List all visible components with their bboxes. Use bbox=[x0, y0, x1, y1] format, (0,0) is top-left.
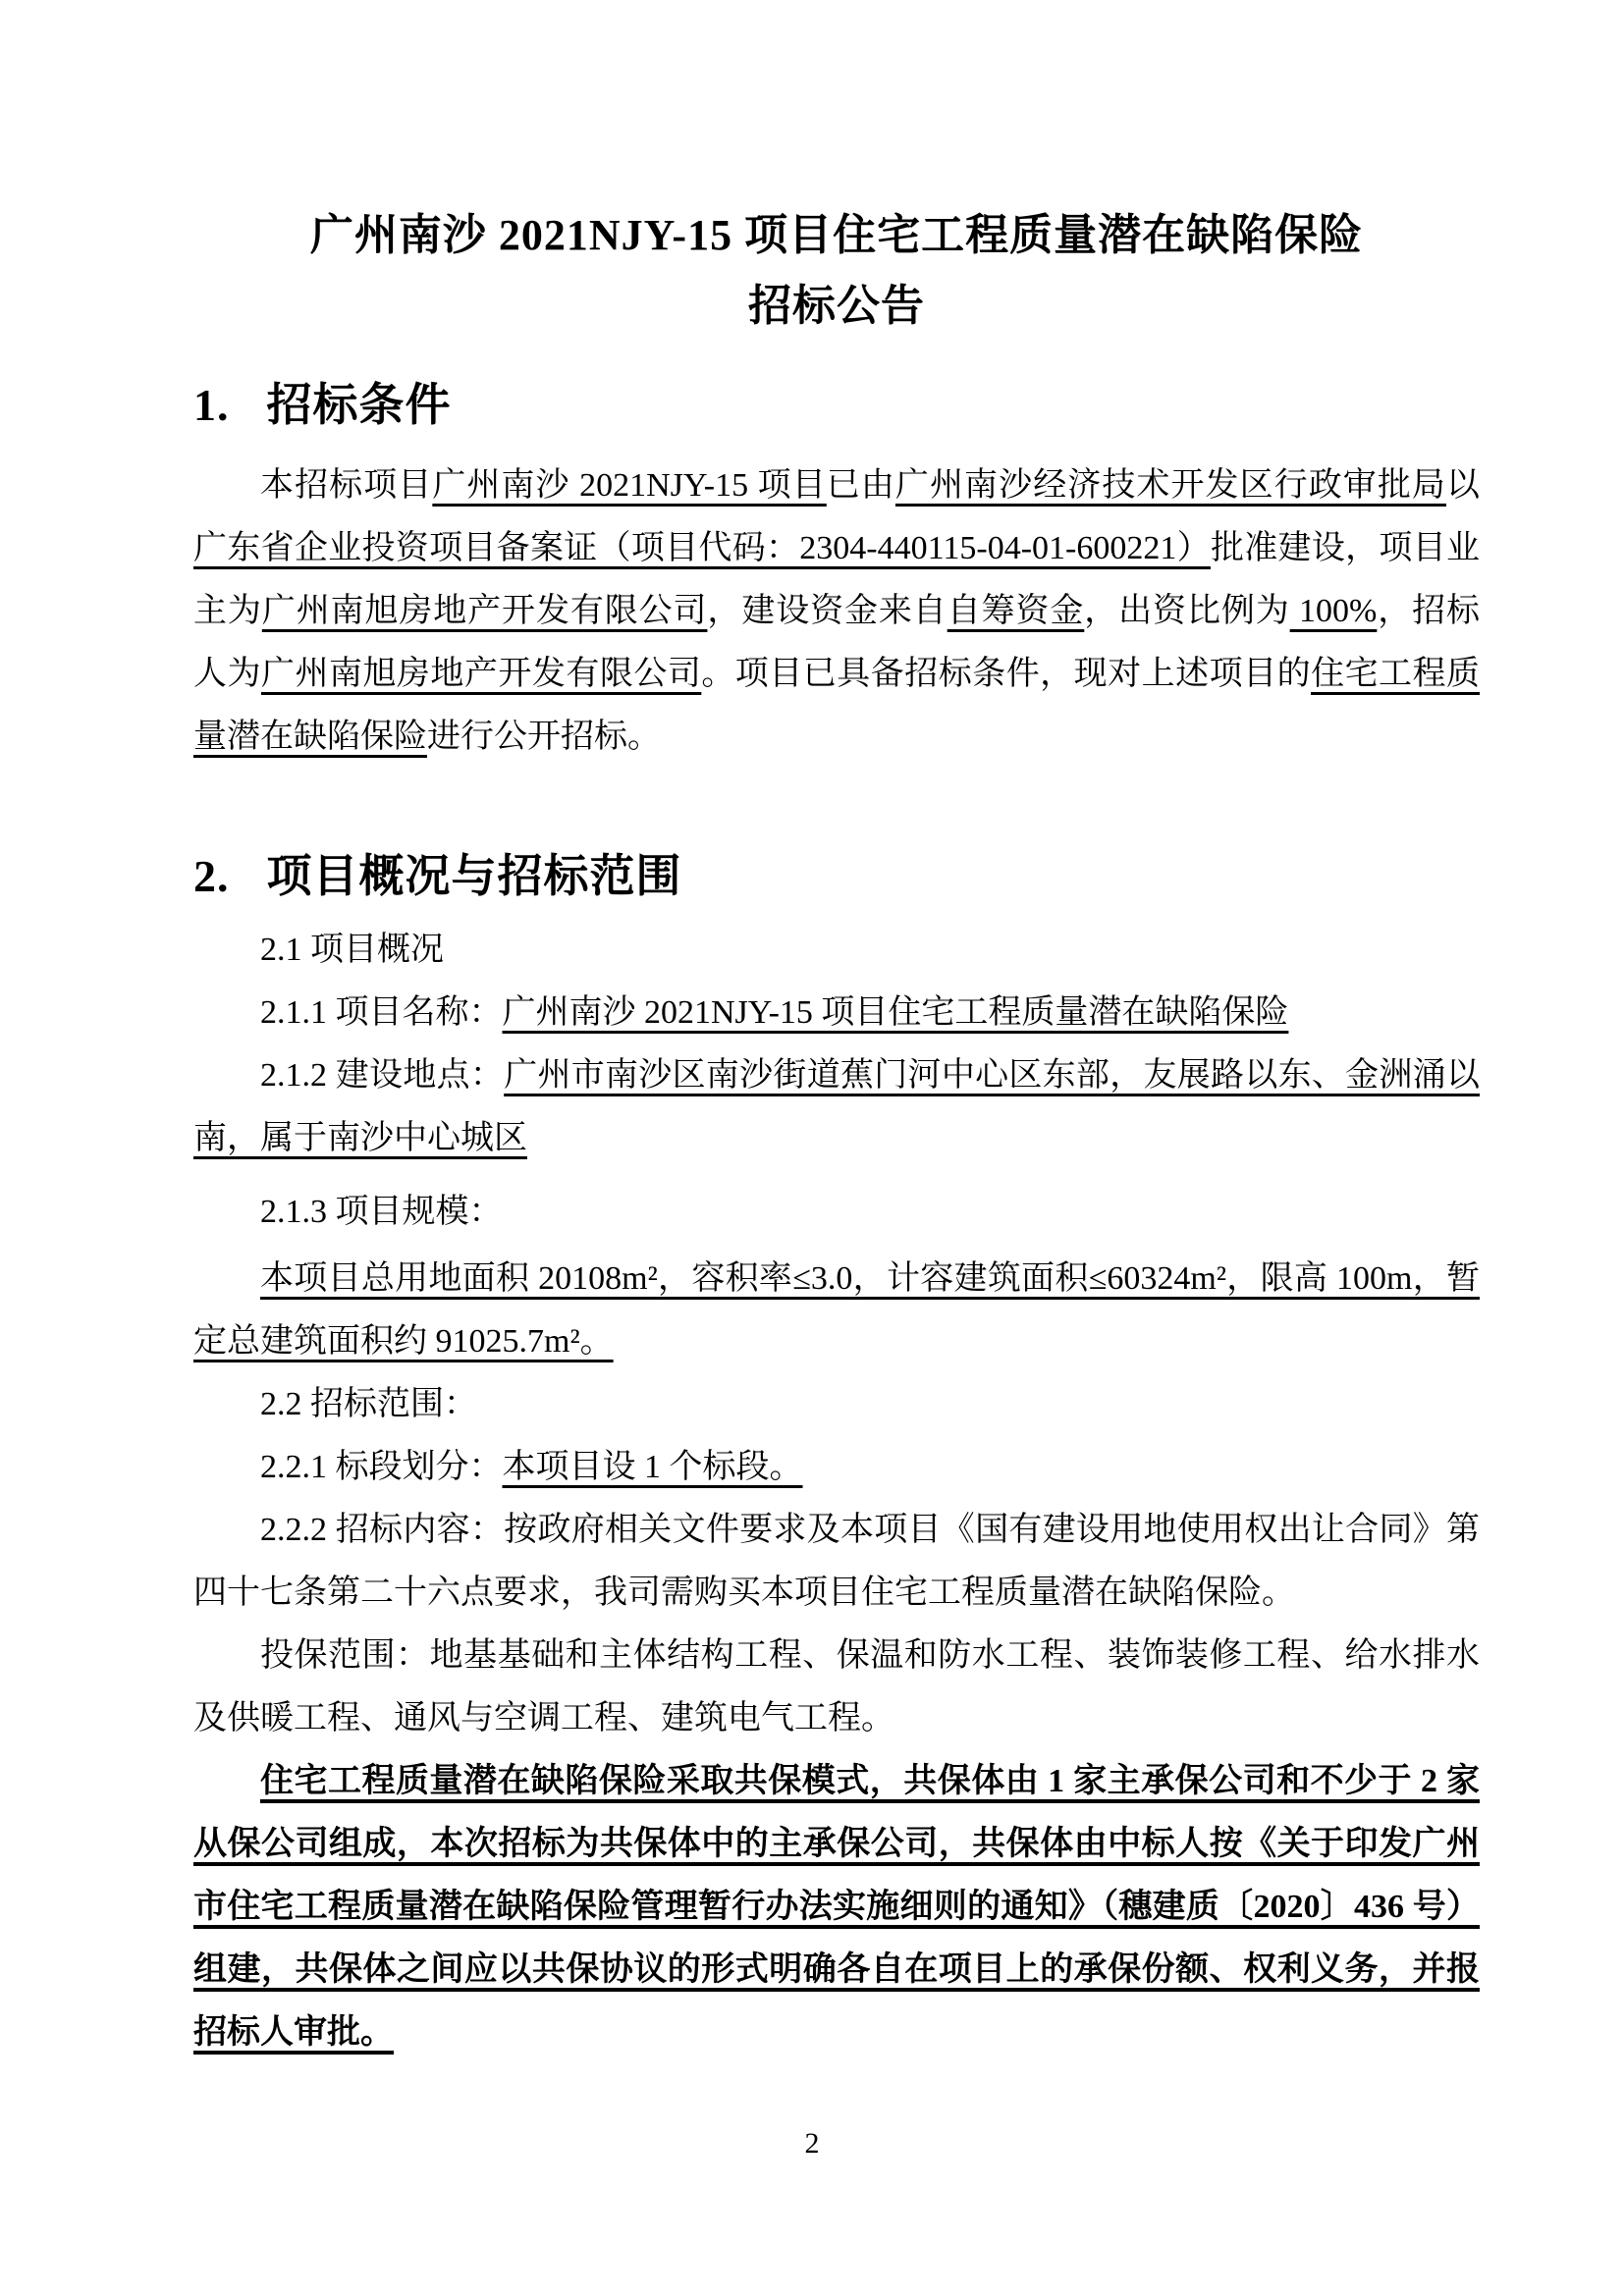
paragraph-tender-content: 2.2.2 招标内容：按政府相关文件要求及本项目《国有建设用地使用权出让合同》第… bbox=[193, 1499, 1480, 1625]
location-label: 2.1.2 建设地点： bbox=[260, 1057, 504, 1094]
page-number: 2 bbox=[0, 2128, 1624, 2160]
document-title: 广州南沙 2021NJY-15 项目住宅工程质量潜在缺陷保险 招标公告 bbox=[193, 200, 1480, 342]
paragraph-insurance-scope: 投保范围：地基基础和主体结构工程、保温和防水工程、装饰装修工程、给水排水及供暖工… bbox=[193, 1625, 1480, 1750]
section-1-number: 1. bbox=[193, 376, 230, 435]
paragraph-project-overview: 2.1 项目概况 bbox=[193, 919, 1480, 982]
underlined-approval-authority: 广州南沙经济技术开发区行政审批局 bbox=[895, 467, 1446, 504]
document-content: 广州南沙 2021NJY-15 项目住宅工程质量潜在缺陷保险 招标公告 1.招标… bbox=[193, 0, 1480, 2064]
underlined-scale-detail: 本项目总用地面积 20108m²，容积率≤3.0，计容建筑面积≤60324m²，… bbox=[193, 1260, 1480, 1360]
paragraph-location: 2.1.2 建设地点：广州市南沙区南沙街道蕉门河中心区东部，友展路以东、金洲涌以… bbox=[193, 1044, 1480, 1170]
title-line-1: 广州南沙 2021NJY-15 项目住宅工程质量潜在缺陷保险 bbox=[193, 200, 1480, 271]
underlined-funding-ratio: 100% bbox=[1290, 593, 1378, 629]
underlined-lot-division: 本项目设 1 个标段。 bbox=[503, 1449, 803, 1485]
section-1-title: 招标条件 bbox=[267, 380, 452, 430]
text-run: 。项目已具备招标条件，现对上述项目的 bbox=[701, 656, 1311, 692]
underlined-project-name: 广州南沙 2021NJY-15 项目住宅工程质量潜在缺陷保险 bbox=[503, 994, 1289, 1031]
text-run: 本招标项目 bbox=[260, 467, 432, 504]
section-2-number: 2. bbox=[193, 847, 230, 906]
text-run: ，建设资金来自 bbox=[707, 593, 947, 629]
text-run: ，出资比例为 bbox=[1084, 593, 1289, 629]
paragraph-scale-detail: 本项目总用地面积 20108m²，容积率≤3.0，计容建筑面积≤60324m²，… bbox=[193, 1248, 1480, 1373]
section-heading-1: 1.招标条件 bbox=[193, 376, 1480, 435]
underlined-tenderer-company: 广州南旭房地产开发有限公司 bbox=[261, 656, 701, 692]
section-heading-2: 2.项目概况与招标范围 bbox=[193, 847, 1480, 906]
underlined-owner-company: 广州南旭房地产开发有限公司 bbox=[262, 593, 708, 629]
paragraph-tender-conditions: 本招标项目广州南沙 2021NJY-15 项目已由广州南沙经济技术开发区行政审批… bbox=[193, 454, 1480, 769]
paragraph-scope-label: 2.2 招标范围： bbox=[193, 1373, 1480, 1436]
document-page: 广州南沙 2021NJY-15 项目住宅工程质量潜在缺陷保险 招标公告 1.招标… bbox=[0, 0, 1624, 2296]
paragraph-coinsurance-note: 住宅工程质量潜在缺陷保险采取共保模式，共保体由 1 家主承保公司和不少于 2 家… bbox=[193, 1750, 1480, 2064]
underlined-funding-source: 自筹资金 bbox=[947, 593, 1085, 629]
paragraph-project-name: 2.1.1 项目名称：广州南沙 2021NJY-15 项目住宅工程质量潜在缺陷保… bbox=[193, 982, 1480, 1044]
paragraph-scale-label: 2.1.3 项目规模： bbox=[193, 1181, 1480, 1244]
lot-division-label: 2.2.1 标段划分： bbox=[260, 1449, 503, 1485]
underlined-project-id: 广州南沙 2021NJY-15 项目 bbox=[432, 467, 826, 504]
project-name-label: 2.1.1 项目名称： bbox=[260, 994, 503, 1031]
text-run: 进行公开招标。 bbox=[427, 719, 661, 755]
text-run: 以 bbox=[1446, 467, 1480, 504]
underlined-record-certificate: 广东省企业投资项目备案证（项目代码：2304-440115-04-01-6002… bbox=[193, 530, 1211, 566]
title-line-2: 招标公告 bbox=[193, 271, 1480, 342]
paragraph-lot-division: 2.2.1 标段划分：本项目设 1 个标段。 bbox=[193, 1436, 1480, 1499]
text-run: 已由 bbox=[827, 467, 895, 504]
underlined-coinsurance-note: 住宅工程质量潜在缺陷保险采取共保模式，共保体由 1 家主承保公司和不少于 2 家… bbox=[193, 1763, 1480, 2051]
section-2-title: 项目概况与招标范围 bbox=[267, 851, 682, 901]
